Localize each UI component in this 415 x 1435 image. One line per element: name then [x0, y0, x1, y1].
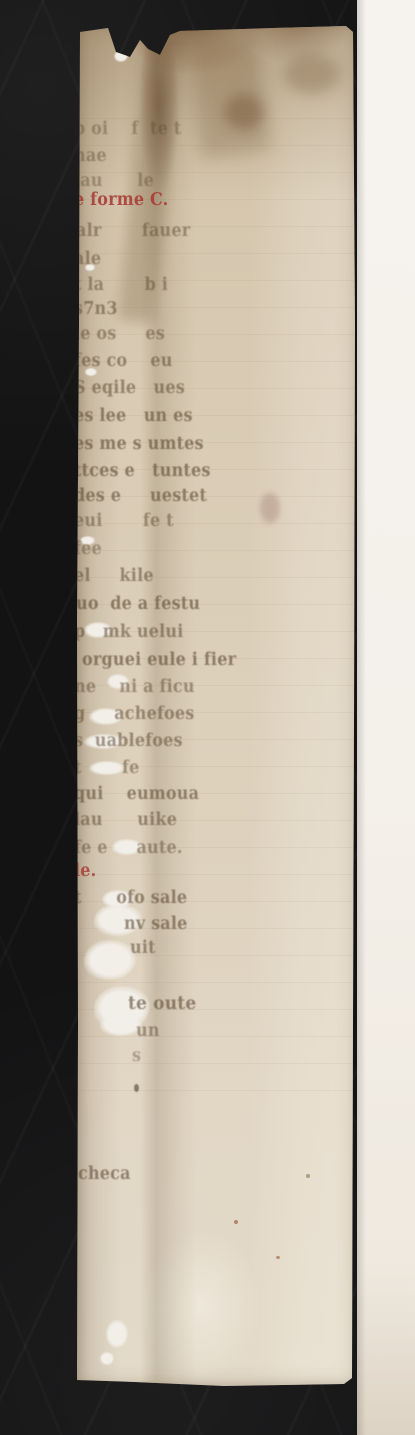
manuscript-text-line: g achefoes [74, 703, 195, 724]
manuscript-text-line: uo de a festu [76, 593, 200, 614]
rubric-red-text-line: e forme C. [74, 189, 168, 210]
manuscript-text-line: lau uike [74, 809, 177, 830]
manuscript-text-line: des e uestet [74, 485, 207, 506]
manuscript-text-line: checa [78, 1163, 131, 1184]
manuscript-text-line: s [132, 1045, 141, 1066]
manuscript-text-line: el kile [74, 565, 154, 586]
manuscript-text-line: le os es [74, 323, 165, 344]
manuscript-text-line: s7n3 [74, 298, 118, 319]
manuscript-text: b oi f te tnaelau lee forme C.alr fauera… [74, 24, 358, 1388]
manuscript-text-line: fee [74, 538, 102, 559]
manuscript-text-line: t ofo sale [74, 887, 187, 908]
manuscript-text-line: uit [130, 937, 156, 958]
parchment-fragment: b oi f te tnaelau lee forme C.alr fauera… [74, 24, 358, 1388]
manuscript-text-line: fe e aute. [74, 837, 183, 858]
manuscript-text-line: ttces e tuntes [74, 460, 211, 481]
manuscript-text-line: s uablefoes [74, 730, 183, 751]
manuscript-text-line: un [136, 1020, 160, 1041]
manuscript-text-line: qui eumoua [74, 783, 199, 804]
manuscript-text-line: alr fauer [76, 220, 190, 241]
manuscript-text-line: p mk uelui [74, 621, 184, 642]
manuscript-text-line: es me s umtes [74, 433, 204, 454]
manuscript-text-line: te oute [128, 993, 196, 1015]
light-backdrop-strip [357, 0, 415, 1435]
manuscript-text-line: S eqile ues [74, 377, 185, 398]
manuscript-text-line: orguei eule i fier [82, 649, 236, 670]
manuscript-text-line: eui fe t [74, 510, 174, 531]
manuscript-text-line: b oi f te t [74, 118, 181, 139]
manuscript-text-line: t fe [74, 757, 139, 778]
manuscript-text-line: fes co eu [74, 350, 173, 371]
photograph: b oi f te tnaelau lee forme C.alr fauera… [0, 0, 415, 1435]
manuscript-text-line: ne ni a ficu [74, 676, 195, 697]
manuscript-text-line: t la b i [74, 274, 168, 295]
manuscript-text-line: nv sale [124, 913, 188, 934]
manuscript-text-line: lau le [74, 170, 154, 191]
manuscript-text-line: es lee un es [74, 405, 193, 426]
